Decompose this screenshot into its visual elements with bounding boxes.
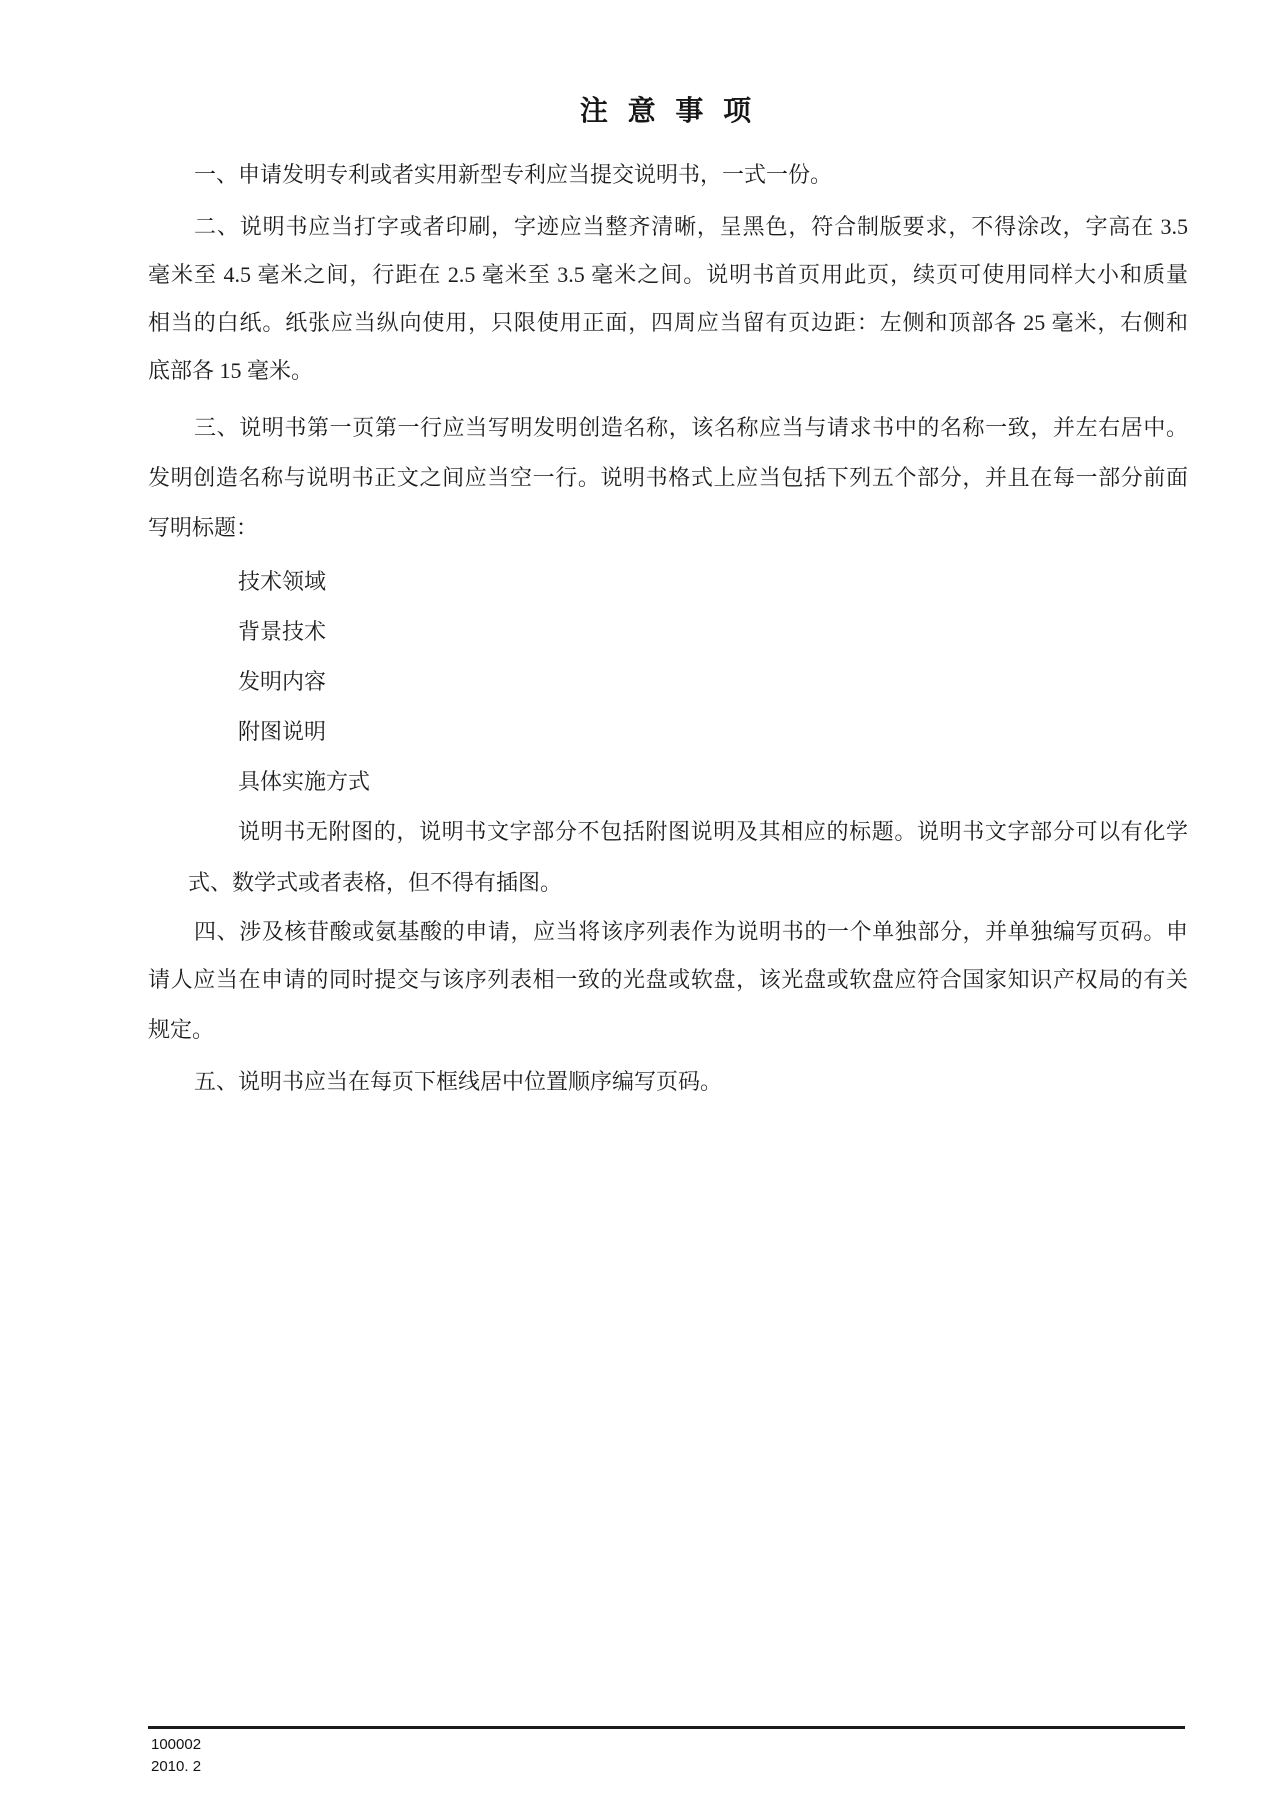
footer-divider-line [148,1726,1185,1729]
footer-form-code: 100002 [151,1736,201,1754]
item1-line1: 一、申请发明专利或者实用新型专利应当提交说明书，一式一份。 [148,161,1188,190]
section-heading-1: 技术领域 [148,568,1188,597]
notes-page: 注 意 事 项 一、申请发明专利或者实用新型专利应当提交说明书，一式一份。 二、… [0,0,1280,1810]
item4-line3: 规定。 [148,1016,1188,1045]
section-heading-2: 背景技术 [148,618,1188,647]
section-heading-5: 具体实施方式 [148,768,1188,797]
note-line1: 说明书无附图的，说明书文字部分不包括附图说明及其相应的标题。说明书文字部分可以有… [148,818,1188,847]
item3-line1: 三、说明书第一页第一行应当写明发明创造名称，该名称应当与请求书中的名称一致，并左… [148,414,1188,443]
item2-line3: 相当的白纸。纸张应当纵向使用，只限使用正面，四周应当留有页边距：左侧和顶部各 2… [148,309,1188,338]
footer-form-date: 2010. 2 [151,1758,201,1776]
note-line2: 式、数学式或者表格，但不得有插图。 [148,869,1188,898]
item2-line1: 二、说明书应当打字或者印刷，字迹应当整齐清晰，呈黑色，符合制版要求，不得涂改，字… [148,213,1188,242]
item5-line1: 五、说明书应当在每页下框线居中位置顺序编写页码。 [148,1068,1188,1097]
item4-line2: 请人应当在申请的同时提交与该序列表相一致的光盘或软盘，该光盘或软盘应符合国家知识… [148,966,1188,995]
section-heading-4: 附图说明 [148,718,1188,747]
item3-line3: 写明标题： [148,514,1188,543]
item4-line1: 四、涉及核苷酸或氨基酸的申请，应当将该序列表作为说明书的一个单独部分，并单独编写… [148,918,1188,947]
page-title: 注 意 事 项 [148,89,1188,129]
item2-line4: 底部各 15 毫米。 [148,357,1188,386]
item2-line2: 毫米至 4.5 毫米之间，行距在 2.5 毫米至 3.5 毫米之间。说明书首页用… [148,261,1188,290]
section-heading-3: 发明内容 [148,668,1188,697]
item3-line2: 发明创造名称与说明书正文之间应当空一行。说明书格式上应当包括下列五个部分，并且在… [148,464,1188,493]
